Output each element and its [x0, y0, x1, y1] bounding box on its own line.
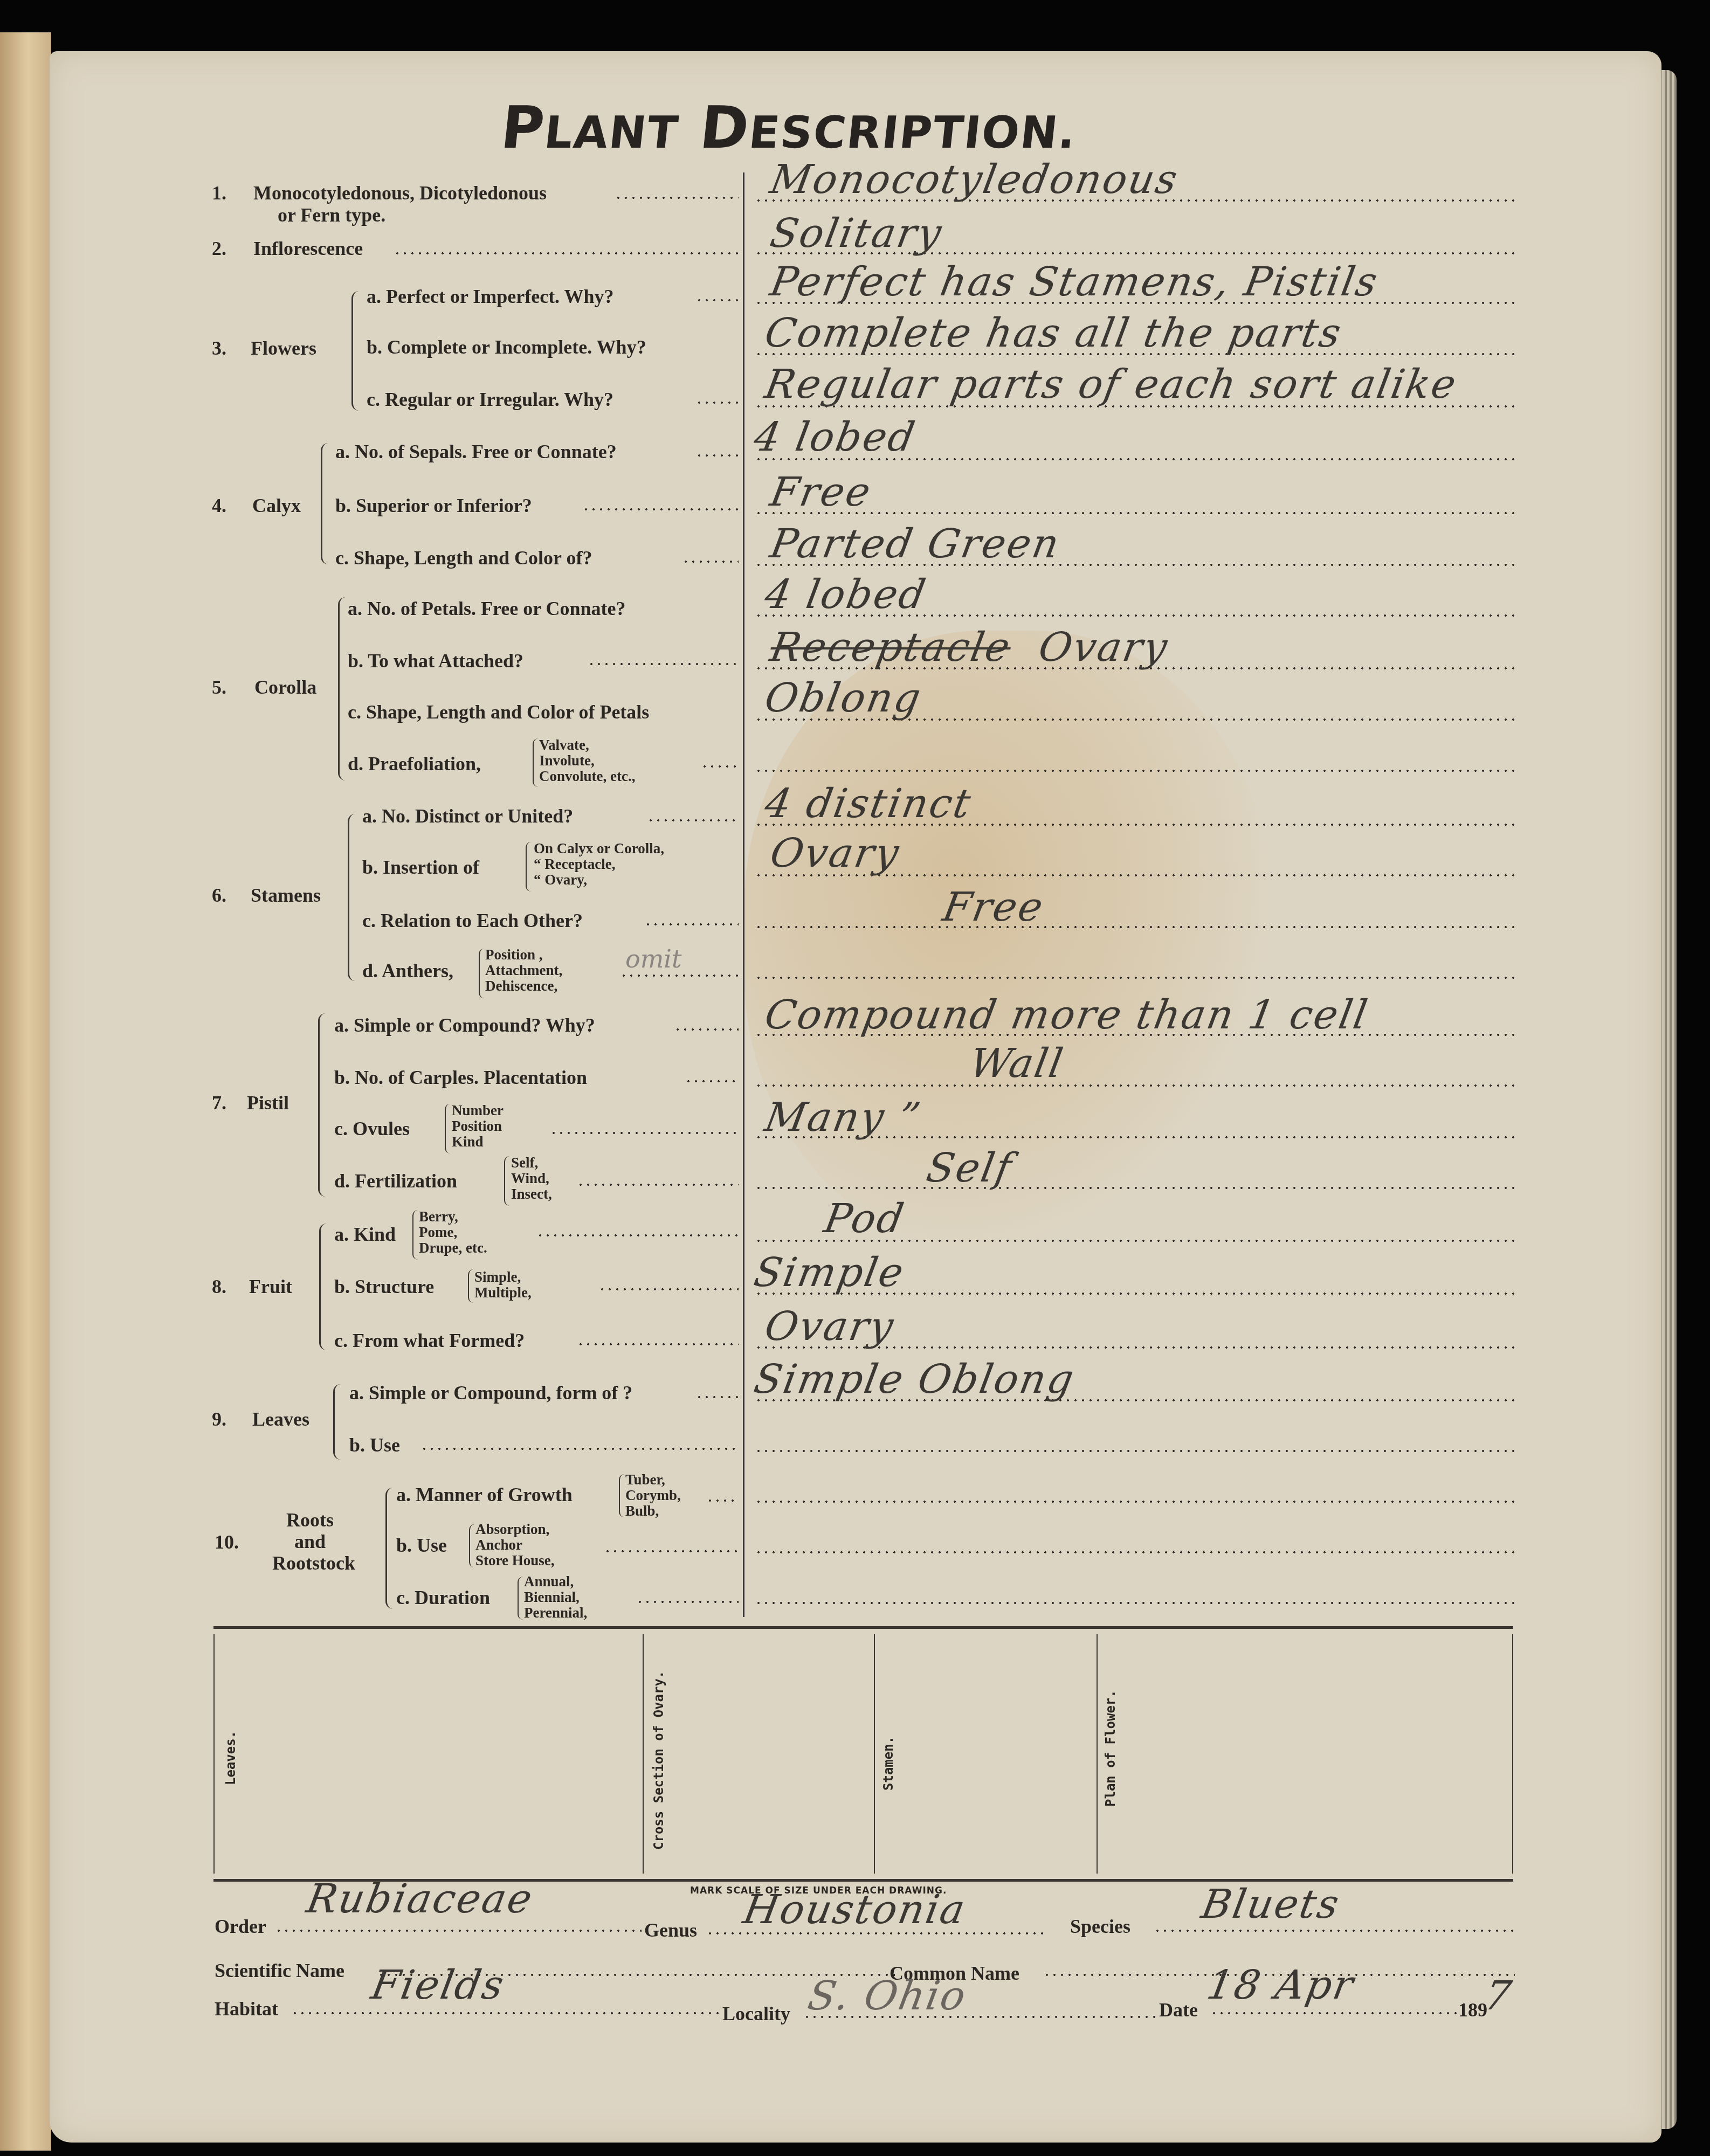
- date-line: [1210, 2012, 1464, 2014]
- leader-dots: [636, 1601, 739, 1603]
- option-text: Absorption,: [475, 1522, 555, 1537]
- question-label: c. Shape, Length and Color of?: [335, 547, 592, 569]
- leader-dots: [706, 1499, 739, 1502]
- leader-dots: [685, 1080, 739, 1082]
- leader-dots: [420, 1448, 739, 1450]
- leader-dots: [577, 1343, 739, 1345]
- question-label: b. Insertion of: [362, 856, 479, 879]
- leader-dots: [620, 975, 739, 977]
- date-label: Date: [1159, 1999, 1198, 2021]
- answer-text[interactable]: Self: [923, 1145, 1016, 1191]
- option-text: “ Ovary,: [534, 872, 664, 888]
- leader-dots: [647, 819, 739, 821]
- section-number: 10.: [215, 1531, 239, 1553]
- question-label-line2: or Fern type.: [278, 204, 385, 226]
- group-brace: [319, 1224, 327, 1350]
- group-label: Pistil: [247, 1091, 289, 1114]
- leader-dots: [674, 1028, 739, 1031]
- leader-dots: [577, 1184, 739, 1186]
- question-label: c. Duration: [396, 1586, 490, 1609]
- section-number: 1.: [212, 182, 226, 204]
- answer-text[interactable]: Complete has all the parts: [761, 310, 1346, 356]
- group-label: Calyx: [252, 494, 301, 517]
- group-label-line: and: [272, 1531, 348, 1552]
- leader-dots: [695, 299, 739, 301]
- question-label: b. Superior or Inferior?: [335, 494, 532, 517]
- leader-dots: [604, 1550, 739, 1552]
- drawing-label-plan: Plan of Flower.: [1103, 1690, 1118, 1807]
- leader-dots: [550, 1132, 739, 1134]
- options-brace: [533, 738, 539, 787]
- drawing-column-divider: [213, 1634, 215, 1874]
- answer-text[interactable]: Free: [767, 469, 875, 515]
- options-brace: [445, 1104, 451, 1153]
- option-text: Self,: [511, 1155, 552, 1171]
- section-number: 9.: [212, 1408, 226, 1431]
- options-list: Number Position Kind: [452, 1103, 504, 1150]
- answer-line: [755, 770, 1515, 772]
- options-list: Valvate, Involute, Convolute, etc.,: [539, 737, 635, 784]
- option-text: Annual,: [524, 1574, 587, 1590]
- question-label: a. Perfect or Imperfect. Why?: [367, 285, 614, 308]
- group-brace: [338, 597, 346, 780]
- group-brace: [385, 1488, 394, 1609]
- drawing-column-divider: [1097, 1634, 1098, 1874]
- option-text: Tuber,: [625, 1472, 681, 1488]
- leader-dots: [582, 508, 739, 510]
- option-text: Position ,: [485, 947, 562, 963]
- answer-text[interactable]: Regular parts of each sort alike: [761, 361, 1461, 407]
- species-value[interactable]: Bluets: [1198, 1881, 1343, 1927]
- pencil-note: omit: [625, 944, 682, 973]
- question-label: b. No. of Carples. Placentation: [334, 1066, 587, 1089]
- leader-dots: [695, 454, 739, 457]
- question-label: a. Simple or Compound, form of ?: [349, 1381, 632, 1404]
- section-number: 7.: [212, 1091, 226, 1114]
- question-label: b. Use: [396, 1534, 447, 1557]
- species-line: [1154, 1930, 1515, 1932]
- group-label-line: Roots: [272, 1509, 348, 1531]
- question-label: b. Complete or Incomplete. Why?: [367, 336, 646, 358]
- page-title: PLANT DESCRIPTION.: [498, 94, 1227, 162]
- locality-label: Locality: [722, 2002, 790, 2025]
- question-label: c. From what Formed?: [334, 1329, 525, 1352]
- options-list: Absorption, Anchor Store House,: [475, 1522, 555, 1568]
- scientific-name-label: Scientific Name: [215, 1959, 344, 1982]
- option-text: Berry,: [419, 1209, 487, 1225]
- option-text: Drupe, etc.: [419, 1240, 487, 1256]
- answer-line: [755, 977, 1515, 979]
- drawing-label-ovary: Cross Section of Ovary.: [651, 1671, 666, 1850]
- question-label: a. Manner of Growth: [396, 1483, 573, 1506]
- options-list: Position , Attachment, Dehiscence,: [485, 947, 562, 994]
- answer-line: [755, 1187, 1515, 1189]
- leader-dots: [394, 252, 739, 254]
- answer-text[interactable]: Free: [939, 884, 1047, 930]
- leader-dots: [598, 1288, 739, 1290]
- drawing-column-divider: [1512, 1634, 1513, 1874]
- answer-text[interactable]: Oblong: [761, 675, 925, 721]
- leader-dots: [588, 663, 739, 665]
- order-line: [275, 1930, 642, 1932]
- group-brace: [351, 291, 360, 411]
- question-label: d. Fertilization: [334, 1170, 457, 1192]
- group-label-line: Rootstock: [272, 1552, 348, 1574]
- options-brace: [468, 1269, 474, 1303]
- answer-text[interactable]: Wall: [966, 1040, 1067, 1087]
- answer-text[interactable]: 4 distinct: [761, 780, 975, 827]
- option-text: Perennial,: [524, 1605, 587, 1621]
- options-brace: [526, 842, 532, 892]
- answer-text[interactable]: Simple Oblong: [750, 1356, 1078, 1402]
- drawing-column-divider: [643, 1634, 644, 1874]
- answer-line: [755, 1602, 1515, 1604]
- option-text: Valvate,: [539, 737, 635, 753]
- drawing-label-stamen: Stamen.: [881, 1736, 896, 1791]
- order-value[interactable]: Rubiaceae: [303, 1876, 537, 1922]
- title-rest-plant: LANT: [542, 107, 681, 158]
- section-number: 3.: [212, 337, 226, 360]
- options-brace: [504, 1156, 511, 1206]
- section-number: 4.: [212, 494, 226, 517]
- option-text: “ Receptacle,: [534, 856, 664, 872]
- options-list: On Calyx or Corolla, “ Receptacle, “ Ova…: [534, 841, 664, 888]
- option-text: On Calyx or Corolla,: [534, 841, 664, 856]
- group-brace: [321, 443, 329, 564]
- question-label: d. Anthers,: [362, 959, 453, 982]
- option-text: Involute,: [539, 753, 635, 769]
- option-text: Number: [452, 1103, 504, 1118]
- options-list: Simple, Multiple,: [474, 1269, 532, 1301]
- section-number: 6.: [212, 884, 226, 907]
- habitat-line: [291, 2012, 722, 2014]
- title-cap-d: D: [697, 94, 753, 162]
- options-brace: [479, 949, 485, 998]
- species-label: Species: [1070, 1915, 1130, 1938]
- answer-text[interactable]: Ovary: [1035, 624, 1172, 671]
- answer-text[interactable]: Monocotyledonous: [767, 156, 1182, 203]
- question-label: c. Regular or Irregular. Why?: [367, 388, 613, 411]
- option-text: Insect,: [511, 1186, 552, 1202]
- option-text: Kind: [452, 1134, 504, 1150]
- question-label: a. Kind: [334, 1223, 396, 1246]
- option-text: Convolute, etc.,: [539, 769, 635, 784]
- option-text: Pome,: [419, 1225, 487, 1240]
- answer-line: [755, 512, 1515, 514]
- question-label: b. To what Attached?: [348, 649, 523, 672]
- question-label: a. Simple or Compound? Why?: [334, 1014, 595, 1036]
- leader-dots: [695, 1396, 739, 1398]
- option-text: Biennial,: [524, 1590, 587, 1605]
- group-brace: [333, 1384, 341, 1460]
- options-list: Annual, Biennial, Perennial,: [524, 1574, 587, 1621]
- drawing-column-divider: [874, 1634, 875, 1874]
- group-label: Flowers: [251, 337, 316, 360]
- option-text: Position: [452, 1118, 504, 1134]
- options-brace: [412, 1210, 419, 1260]
- options-brace: [518, 1577, 524, 1620]
- option-text: Store House,: [475, 1553, 555, 1568]
- genus-value[interactable]: Houstonia: [740, 1887, 970, 1933]
- question-label: Monocotyledonous, Dicotyledonous: [253, 182, 547, 204]
- leader-dots: [695, 402, 739, 404]
- question-label: a. No. of Petals. Free or Connate?: [348, 597, 626, 620]
- options-list: Berry, Pome, Drupe, etc.: [419, 1209, 487, 1256]
- drawing-box: Leaves. Cross Section of Ovary. Stamen. …: [213, 1626, 1513, 1882]
- title-cap-p: P: [498, 94, 548, 162]
- section-number: 2.: [212, 237, 226, 260]
- answer-text[interactable]: 4 lobed: [761, 571, 930, 618]
- section-number: 8.: [212, 1275, 226, 1298]
- question-label: d. Praefoliation,: [348, 752, 481, 775]
- answer-text[interactable]: 4 lobed: [750, 414, 920, 460]
- answer-text[interactable]: Compound more than 1 cell: [761, 992, 1372, 1038]
- answer-line: [755, 1450, 1515, 1452]
- answer-text[interactable]: Ovary: [761, 1303, 898, 1350]
- answer-text[interactable]: Parted Green: [767, 521, 1064, 567]
- option-text: Corymb,: [625, 1488, 681, 1503]
- answer-line: [755, 926, 1515, 928]
- group-brace: [318, 1013, 326, 1197]
- answer-text[interactable]: Simple: [750, 1249, 908, 1296]
- answer-text[interactable]: Solitary: [767, 210, 946, 257]
- answer-line: [755, 1551, 1515, 1553]
- options-list: Tuber, Corymb, Bulb,: [625, 1472, 681, 1519]
- question-label: b. Use: [349, 1434, 400, 1456]
- option-text: Anchor: [475, 1537, 555, 1553]
- question-label: a. No. of Sepals. Free or Connate?: [335, 440, 617, 463]
- group-label: Stamens: [251, 884, 321, 907]
- leader-dots: [644, 923, 739, 925]
- option-text: Attachment,: [485, 963, 562, 978]
- options-list: Self, Wind, Insect,: [511, 1155, 552, 1202]
- group-label: Corolla: [254, 676, 316, 699]
- facing-page-edge: [0, 32, 51, 2151]
- leader-dots: [701, 765, 739, 768]
- answer-text[interactable]: Ovary: [767, 830, 904, 876]
- title-rest-description: ESCRIPTION.: [747, 107, 1079, 158]
- option-text: Bulb,: [625, 1503, 681, 1519]
- group-label: Roots and Rootstock: [272, 1509, 348, 1574]
- question-label: a. No. Distinct or United?: [362, 805, 573, 827]
- group-brace: [348, 814, 356, 981]
- locality-value[interactable]: S. Ohio: [804, 1973, 970, 2019]
- drawing-label-leaves: Leaves.: [223, 1731, 238, 1785]
- answer-text[interactable]: Pod: [820, 1196, 908, 1242]
- option-text: Dehiscence,: [485, 978, 562, 994]
- option-text: Simple,: [474, 1269, 532, 1285]
- date-value[interactable]: 18 Apr: [1203, 1962, 1358, 2008]
- question-label: c. Ovules: [334, 1117, 410, 1140]
- leader-dots: [682, 561, 739, 563]
- answer-text[interactable]: Many ”: [761, 1094, 925, 1141]
- question-label: c. Relation to Each Other?: [362, 909, 583, 932]
- question-label: b. Structure: [334, 1275, 434, 1298]
- group-label: Leaves: [252, 1408, 309, 1431]
- options-brace: [619, 1474, 625, 1517]
- struck-answer-text[interactable]: Receptacle: [767, 624, 1015, 671]
- option-text: Multiple,: [474, 1285, 532, 1301]
- group-label: Fruit: [249, 1275, 292, 1298]
- column-divider: [743, 172, 744, 1617]
- habitat-label: Habitat: [215, 1998, 278, 2020]
- section-number: 5.: [212, 676, 226, 699]
- answer-line: [755, 1501, 1515, 1503]
- leader-dots: [536, 1234, 739, 1236]
- genus-label: Genus: [644, 1919, 697, 1941]
- question-label: c. Shape, Length and Color of Petals: [348, 701, 649, 723]
- leader-dots: [615, 197, 739, 199]
- options-brace: [469, 1524, 475, 1567]
- answer-text[interactable]: Perfect has Stamens, Pistils: [767, 259, 1382, 305]
- habitat-value[interactable]: Fields: [368, 1962, 508, 2008]
- question-label: Inflorescence: [253, 237, 363, 260]
- order-label: Order: [215, 1915, 266, 1938]
- answer-line: [755, 1084, 1515, 1087]
- option-text: Wind,: [511, 1171, 552, 1186]
